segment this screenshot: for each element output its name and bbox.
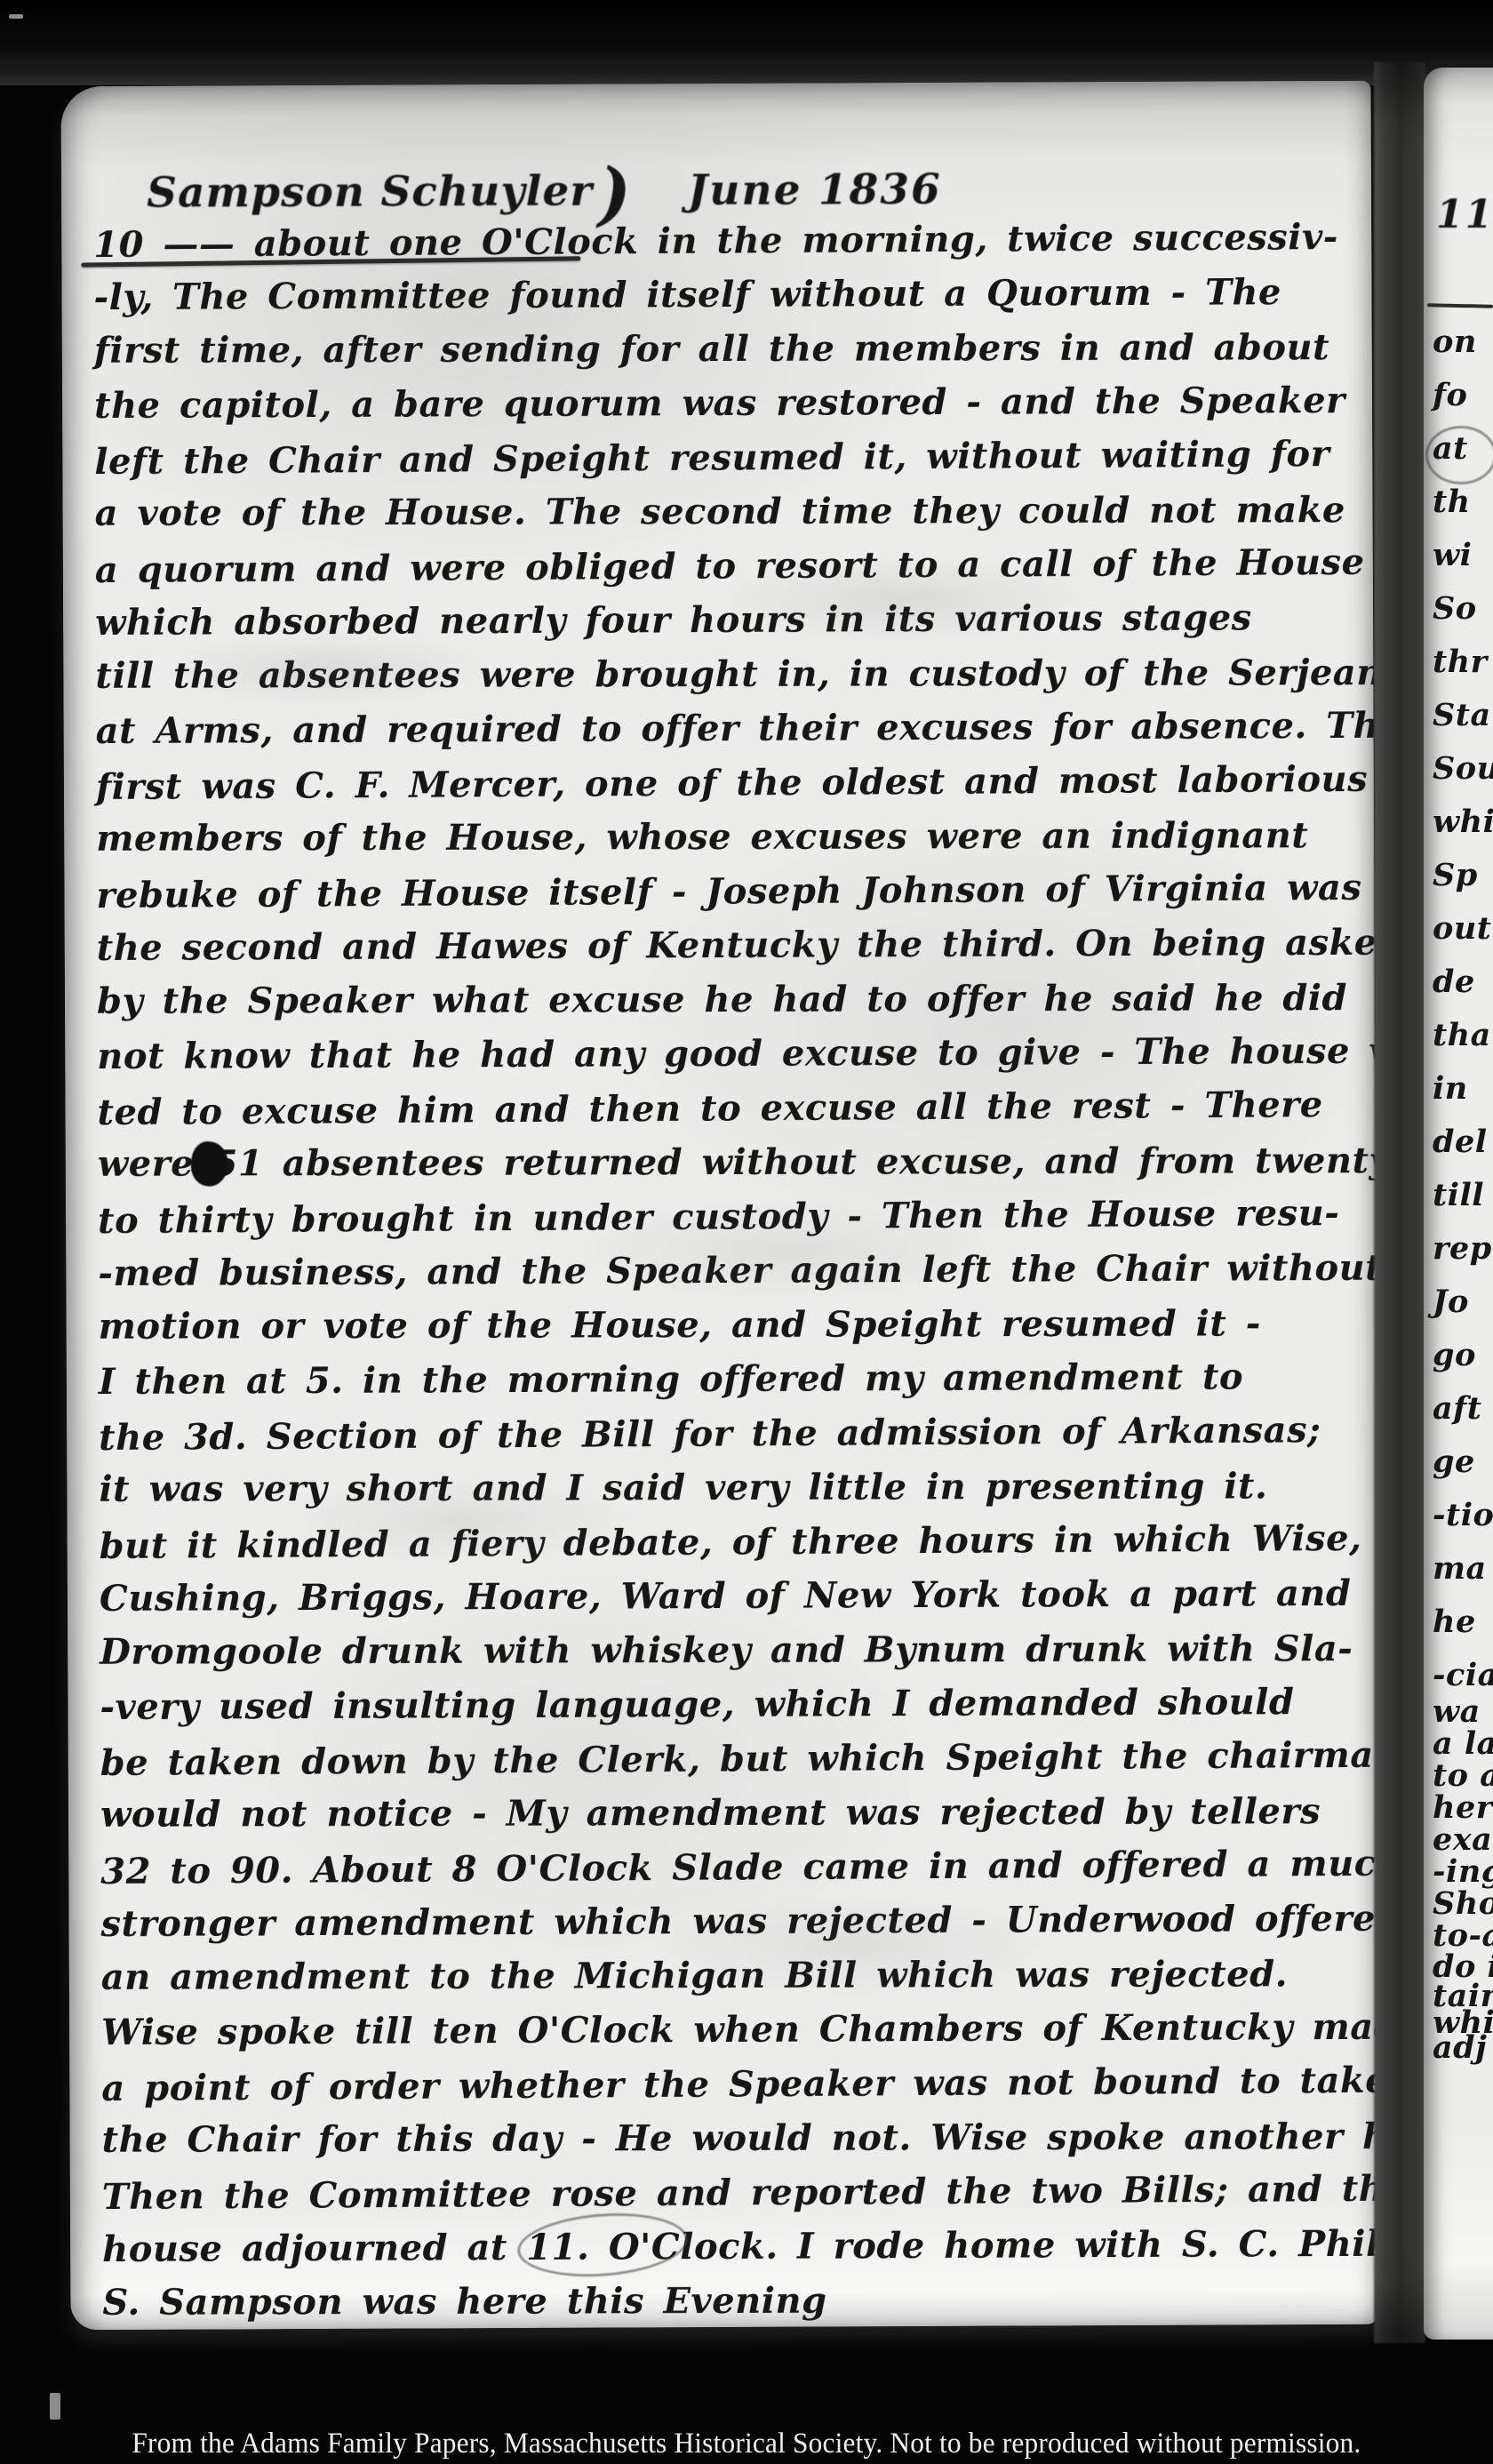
manuscript-line: be taken down by the Clerk, but which Sp…	[100, 1728, 1345, 1790]
film-speck	[9, 14, 23, 19]
manuscript-line: first time, after sending for all the me…	[94, 320, 1338, 378]
manuscript-fragment: Sta	[1433, 698, 1491, 733]
manuscript-fragment: -ing	[1433, 1854, 1493, 1890]
manuscript-fragment: till	[1433, 1178, 1484, 1213]
manuscript-fragment: out	[1433, 911, 1491, 947]
manuscript-line: Dromgoole drunk with whiskey and Bynum d…	[100, 1621, 1344, 1679]
manuscript-fragment: Jo	[1433, 1284, 1469, 1320]
manuscript-line: were 51 absentees returned without excus…	[98, 1133, 1342, 1191]
manuscript-fragment: wa	[1433, 1694, 1481, 1730]
film-top-shadow	[0, 0, 1493, 85]
manuscript-fragment: wi	[1433, 538, 1472, 573]
manuscript-fragment: Sho	[1433, 1886, 1493, 1922]
diary-page-left: Sampson Schuyler)June 1836 10 —— about o…	[61, 81, 1381, 2330]
manuscript-line: motion or vote of the House, and Speight…	[99, 1296, 1343, 1354]
manuscript-line: members of the House, whose excuses were…	[96, 808, 1340, 866]
manuscript-line: S. Sampson was here this Evening	[102, 2272, 1346, 2330]
manuscript-line: till the absentees were brought in, in c…	[95, 645, 1339, 703]
diary-page-right: 11· onfoatthwiSothrStaSouwhiSpoutdethain…	[1424, 68, 1493, 2340]
manuscript-line: but it kindled a fiery debate, of three …	[99, 1511, 1343, 1573]
manuscript-fragment: de	[1433, 964, 1475, 1000]
manuscript-fragment: del	[1433, 1124, 1488, 1160]
header-name: Sampson Schuyler	[147, 167, 593, 218]
manuscript-fragment: ge	[1433, 1444, 1475, 1480]
manuscript-fragment: on	[1433, 324, 1477, 360]
manuscript-fragment: in	[1433, 1071, 1468, 1107]
manuscript-line: it was very short and I said very little…	[99, 1459, 1343, 1516]
manuscript-line: the Chair for this day - He would not. W…	[102, 2109, 1346, 2167]
manuscript-line: ted to excuse him and then to excuse all…	[97, 1077, 1341, 1140]
credit-caption-bar: From the Adams Family Papers, Massachuse…	[0, 2423, 1493, 2464]
manuscript-line: an amendment to the Michigan Bill which …	[101, 1947, 1345, 2004]
manuscript-line: rebuke of the House itself - Joseph John…	[96, 860, 1340, 923]
manuscript-fragment: aft	[1433, 1391, 1481, 1427]
manuscript-line: a point of order whether the Speaker was…	[101, 2053, 1345, 2116]
manuscript-line: left the Chair and Speight resumed it, w…	[94, 427, 1338, 489]
manuscript-line: would not notice - My amendment was reje…	[100, 1784, 1345, 1842]
book-gutter	[1374, 62, 1425, 2343]
manuscript-fragment: whi	[1433, 804, 1493, 840]
manuscript-line: first was C. F. Mercer, one of the oldes…	[96, 752, 1340, 814]
manuscript-fragment: rep	[1433, 1231, 1492, 1267]
manuscript-line: -very used insulting language, which I d…	[100, 1675, 1344, 1734]
manuscript-fragment: adj	[1433, 2030, 1487, 2066]
manuscript-fragment: a la	[1433, 1726, 1493, 1762]
credit-caption-text: From the Adams Family Papers, Massachuse…	[132, 2423, 1361, 2464]
manuscript-line: -med business, and the Speaker again lef…	[98, 1241, 1342, 1300]
manuscript-fragment: -cial	[1433, 1658, 1493, 1693]
manuscript-line: 32 to 90. About 8 O'Clock Slade came in …	[100, 1836, 1345, 1899]
manuscript-line: 10 —— about one O'Clock in the morning, …	[93, 210, 1337, 272]
manuscript-line: a quorum and were obliged to resort to a…	[95, 535, 1339, 597]
manuscript-line: Then the Committee rose and reported the…	[102, 2162, 1346, 2224]
manuscript-line: which absorbed nearly four hours in its …	[95, 590, 1339, 650]
film-speck	[50, 2393, 60, 2420]
manuscript-fragment: to a	[1433, 1758, 1493, 1794]
manuscript-line: stronger amendment which was rejected - …	[100, 1892, 1345, 1951]
manuscript-fragment: tha	[1433, 1018, 1491, 1053]
manuscript-line: by the Speaker what excuse he had to off…	[97, 971, 1341, 1028]
manuscript-line: the capitol, a bare quorum was restored …	[94, 373, 1338, 433]
pencil-circle-at	[1425, 426, 1493, 484]
manuscript-fragment: ma	[1433, 1551, 1487, 1587]
right-page-fragments: onfoatthwiSothrStaSouwhiSpoutdethaindelt…	[1424, 68, 1493, 2340]
manuscript-fragment: So	[1433, 591, 1477, 627]
manuscript-fragment: -tio	[1433, 1498, 1493, 1533]
manuscript-fragment: th	[1433, 484, 1471, 520]
manuscript-line: Wise spoke till ten O'Clock when Chamber…	[101, 2000, 1345, 2060]
manuscript-line: I then at 5. in the morning offered my a…	[99, 1349, 1343, 1409]
manuscript-line: Cushing, Briggs, Hoare, Ward of New York…	[100, 1566, 1344, 1626]
manuscript-line: not know that he had any good excuse to …	[97, 1024, 1341, 1084]
manuscript-fragment: her	[1433, 1790, 1493, 1826]
manuscript-fragment: fo	[1433, 378, 1467, 413]
manuscript-fragment: thr	[1433, 644, 1488, 680]
manuscript-fragment: exa	[1433, 1822, 1492, 1858]
manuscript-text-block: 10 —— about one O'Clock in the morning, …	[93, 211, 1346, 2331]
manuscript-fragment: he	[1433, 1604, 1476, 1640]
manuscript-line: the 3d. Section of the Bill for the admi…	[99, 1403, 1343, 1465]
manuscript-fragment: Sp	[1433, 858, 1478, 893]
manuscript-line: -ly, The Committee found itself without …	[93, 265, 1337, 324]
header-date: June 1836	[688, 165, 942, 215]
manuscript-line: at Arms, and required to offer their exc…	[96, 699, 1340, 758]
manuscript-fragment: go	[1433, 1338, 1476, 1373]
manuscript-line: a vote of the House. The second time the…	[95, 483, 1339, 540]
manuscript-line: house adjourned at 11. O'Clock. I rode h…	[102, 2217, 1346, 2276]
microfilm-photo-frame: Sampson Schuyler)June 1836 10 —— about o…	[0, 0, 1493, 2464]
manuscript-line: to thirty brought in under custody - The…	[98, 1186, 1342, 1248]
manuscript-line: the second and Hawes of Kentucky the thi…	[97, 916, 1341, 975]
manuscript-fragment: Sou	[1433, 751, 1493, 787]
